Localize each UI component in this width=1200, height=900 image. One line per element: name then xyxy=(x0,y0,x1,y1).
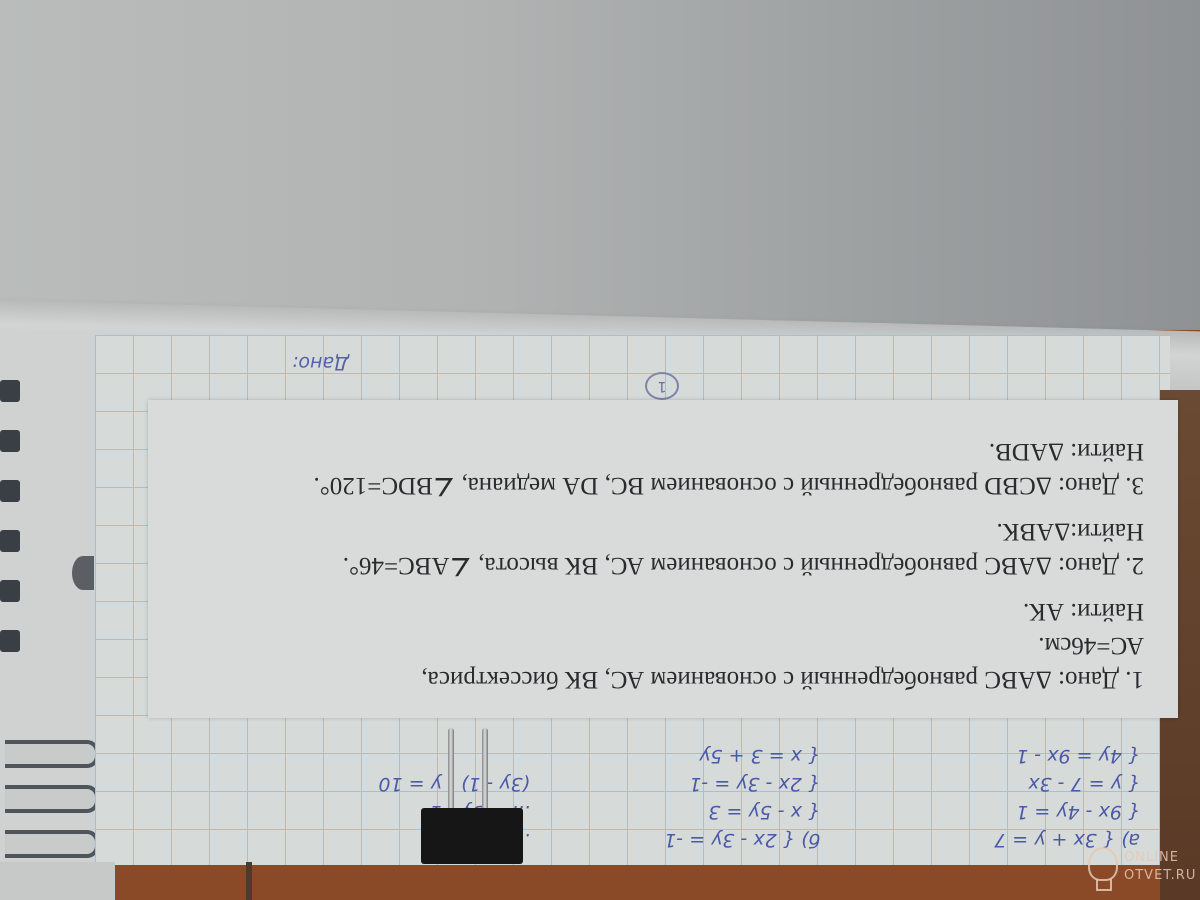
problem-text: 1. Дано: ΔАВС равнобедренный с основание… xyxy=(188,662,1144,696)
watermark-line: OTVET.RU xyxy=(1124,867,1196,885)
problem-text: АС=46см. xyxy=(188,628,1144,662)
equation-line: { 9x - 4y = 1 xyxy=(994,798,1140,826)
problem-1: 1. Дано: ΔАВС равнобедренный с основание… xyxy=(188,594,1144,696)
spiral-ring xyxy=(0,580,20,602)
equation-line: (3y - 1) - y = 10 xyxy=(378,770,530,798)
binder-clip-wire xyxy=(482,728,488,812)
spiral-ring xyxy=(0,480,20,502)
spiral-ring xyxy=(0,530,20,552)
problem-2: 2. Дано: ΔАВС равнобедренный с основание… xyxy=(188,514,1144,582)
lightbulb-base xyxy=(1096,879,1112,891)
handwritten-equations: а) { 3x + y = 7 { 9x - 4y = 1 { y = 7 - … xyxy=(230,722,1150,862)
spiral-ring xyxy=(0,380,20,402)
circled-number: 1 xyxy=(645,372,679,400)
equation-line: { 2x - 3y = -1 xyxy=(664,770,820,798)
equation-line: { x = 3 + 5y xyxy=(664,742,820,770)
problem-text: 2. Дано: ΔАВС равнобедренный с основание… xyxy=(188,548,1144,582)
equation-line: { x - 5y = 3 xyxy=(664,798,820,826)
equation-system-b: б) { 2x - 3y = -1 { x - 5y = 3 { 2x - 3y… xyxy=(664,742,820,854)
binder-clip-wire xyxy=(448,728,454,812)
equation-line: { y = 7 - 3x xyxy=(994,770,1140,798)
lightbulb-icon xyxy=(1088,847,1118,881)
problem-text: Найти: АК. xyxy=(188,594,1144,628)
watermark-line: ONLINE xyxy=(1124,849,1196,867)
problem-text: Найти: ΔАDВ. xyxy=(188,434,1144,468)
desk-seam xyxy=(246,862,252,900)
spiral-ring xyxy=(0,630,20,652)
handwritten-dano: Дано: xyxy=(292,352,349,374)
problem-text: 3. Дано: ΔСВD равнобедренный с основание… xyxy=(188,468,1144,502)
watermark: ONLINE OTVET.RU xyxy=(1088,845,1198,895)
flipped-notebook-page xyxy=(0,0,1200,330)
equation-system-a: а) { 3x + y = 7 { 9x - 4y = 1 { y = 7 - … xyxy=(994,742,1140,854)
paper-corner xyxy=(0,862,115,900)
equation-line: { 4y = 9x - 1 xyxy=(994,742,1140,770)
punch-hole xyxy=(72,556,94,590)
binder-clip xyxy=(421,808,523,864)
spiral-ring xyxy=(5,830,99,858)
watermark-text: ONLINE OTVET.RU xyxy=(1124,849,1196,885)
printed-worksheet: 1. Дано: ΔАВС равнобедренный с основание… xyxy=(148,400,1178,718)
spiral-binding xyxy=(0,330,100,870)
spiral-ring xyxy=(5,740,99,768)
spiral-ring xyxy=(5,785,99,813)
problem-3: 3. Дано: ΔСВD равнобедренный с основание… xyxy=(188,434,1144,502)
equation-line: б) { 2x - 3y = -1 xyxy=(664,826,820,854)
spiral-ring xyxy=(0,430,20,452)
problem-text: Найти:ΔАВК. xyxy=(188,514,1144,548)
